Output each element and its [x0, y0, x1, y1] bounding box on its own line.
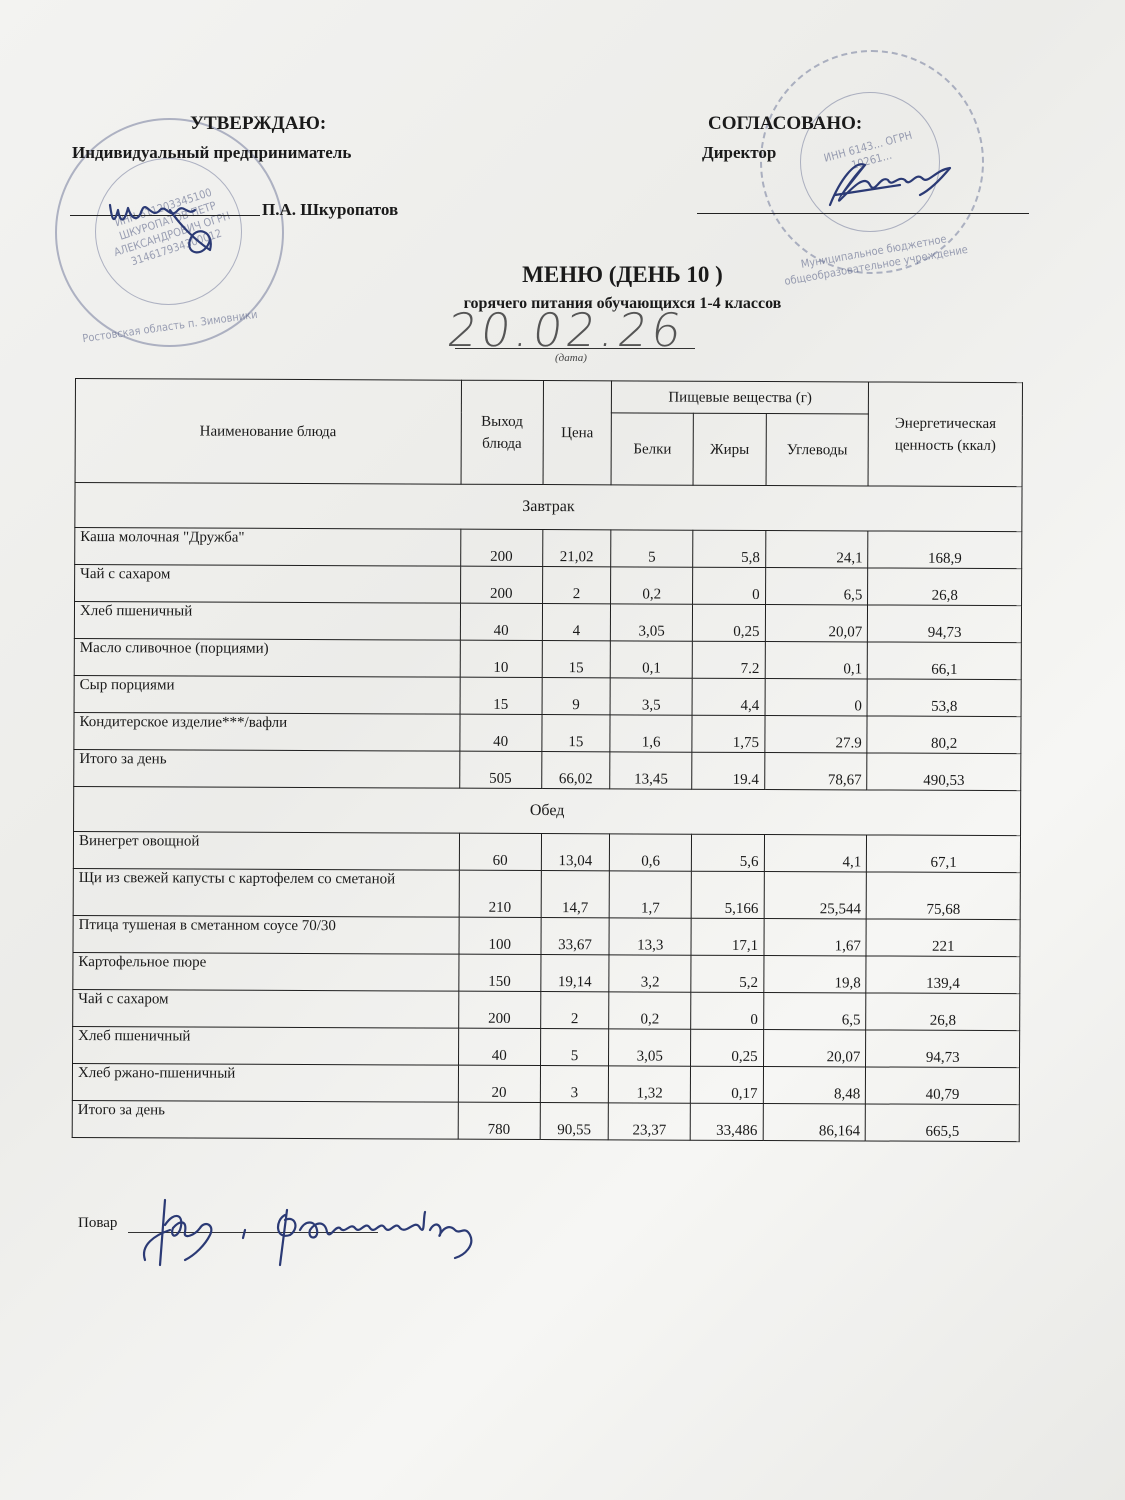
- cell-yield: 40: [459, 714, 542, 751]
- date-caption: (дата): [555, 352, 587, 364]
- table-row: Хлеб пшеничный4043,050,2520,0794,73: [74, 602, 1021, 643]
- cell-protein: 0,1: [610, 641, 693, 678]
- cell-carbs: 4,1: [764, 835, 867, 872]
- cell-energy: 94,73: [868, 605, 1022, 643]
- table-row: Масло сливочное (порциями)10150,17.20,16…: [74, 638, 1021, 679]
- cell-yield: 40: [460, 603, 543, 640]
- cell-yield: 200: [460, 566, 543, 603]
- cell-energy: 80,2: [867, 716, 1021, 754]
- table-row: Птица тушеная в сметанном соусе 70/30100…: [73, 915, 1020, 956]
- cell-carbs: 6,5: [763, 993, 866, 1030]
- dish-name: Щи из свежей капусты с картофелем со сме…: [73, 868, 459, 917]
- cell-carbs: 20,07: [763, 1030, 866, 1067]
- cook-label: Повар: [78, 1215, 117, 1232]
- agree-signature-line: [697, 213, 1029, 214]
- cell-fat: 33,486: [691, 1103, 763, 1140]
- cell-fat: 5,6: [692, 834, 764, 871]
- section-title: Завтрак: [75, 483, 1022, 532]
- cell-fat: 0: [691, 992, 763, 1029]
- cell-fat: 0: [693, 567, 765, 604]
- cell-price: 4: [542, 604, 610, 641]
- cell-energy: 26,8: [868, 568, 1022, 606]
- cell-yield: 60: [459, 833, 542, 870]
- cell-energy: 67,1: [867, 835, 1021, 873]
- cell-price: 15: [542, 641, 610, 678]
- cell-protein: 23,37: [608, 1103, 691, 1140]
- cell-carbs: 78,67: [764, 753, 867, 790]
- cell-yield: 10: [460, 640, 543, 677]
- cell-protein: 3,5: [610, 678, 693, 715]
- cell-fat: 17,1: [691, 918, 763, 955]
- cell-fat: 5,8: [693, 530, 765, 567]
- cell-fat: 19.4: [692, 752, 764, 789]
- approve-name: П.А. Шкуропатов: [262, 200, 398, 220]
- dish-name: Кондитерское изделие***/вафли: [74, 712, 460, 751]
- cell-carbs: 0,1: [765, 642, 868, 679]
- cell-price: 2: [542, 567, 610, 604]
- cell-yield: 150: [458, 954, 541, 991]
- table-row: Чай с сахаром20020,206,526,8: [73, 989, 1020, 1030]
- agree-signature-icon: [810, 150, 960, 220]
- dish-name: Хлеб ржано-пшеничный: [72, 1063, 458, 1102]
- cell-energy: 665,5: [866, 1104, 1020, 1142]
- cell-yield: 40: [458, 1028, 541, 1065]
- cell-yield: 20: [458, 1065, 541, 1102]
- cell-fat: 0,25: [693, 604, 765, 641]
- cell-price: 19,14: [541, 955, 609, 992]
- cell-protein: 0,2: [609, 992, 692, 1029]
- dish-name: Сыр порциями: [74, 675, 460, 714]
- dish-name: Итого за день: [74, 749, 460, 788]
- cell-protein: 3,2: [609, 955, 692, 992]
- cell-fat: 5,166: [692, 871, 764, 918]
- approve-signature-icon: [100, 180, 220, 260]
- dish-name: Чай с сахаром: [73, 989, 459, 1028]
- cell-price: 9: [542, 678, 610, 715]
- cell-price: 3: [540, 1066, 608, 1103]
- approve-role: Индивидуальный предприниматель: [72, 143, 351, 163]
- cell-carbs: 27.9: [765, 716, 868, 753]
- cell-energy: 66,1: [868, 642, 1022, 680]
- cell-carbs: 19,8: [763, 956, 866, 993]
- cell-protein: 3,05: [610, 604, 693, 641]
- header-price: Цена: [543, 381, 612, 485]
- table-row: Кондитерское изделие***/вафли40151,61,75…: [74, 712, 1021, 753]
- cell-yield: 210: [459, 870, 542, 917]
- cell-carbs: 1,67: [764, 919, 867, 956]
- total-row: Итого за день50566,0213,4519.478,67490,5…: [74, 749, 1021, 790]
- cell-carbs: 20,07: [765, 605, 868, 642]
- dish-name: Итого за день: [72, 1100, 458, 1139]
- cell-energy: 490,53: [867, 753, 1021, 791]
- header-fat: Жиры: [693, 413, 766, 485]
- header-carbs: Углеводы: [766, 414, 869, 486]
- dish-name: Хлеб пшеничный: [73, 1026, 459, 1065]
- cell-price: 21,02: [543, 530, 611, 567]
- cell-protein: 0,2: [611, 567, 694, 604]
- cell-fat: 0,17: [691, 1066, 763, 1103]
- cell-price: 66,02: [542, 752, 610, 789]
- table-row: Винегрет овощной6013,040,65,64,167,1: [73, 831, 1020, 872]
- cell-carbs: 0: [765, 679, 868, 716]
- cell-yield: 200: [458, 991, 541, 1028]
- dish-name: Чай с сахаром: [75, 565, 461, 604]
- cell-energy: 75,68: [867, 872, 1021, 920]
- cell-protein: 1,7: [609, 871, 692, 918]
- cell-price: 90,55: [540, 1103, 608, 1140]
- cell-energy: 168,9: [868, 531, 1022, 569]
- header-protein: Белки: [611, 413, 694, 485]
- table-row: Хлеб пшеничный4053,050,2520,0794,73: [73, 1026, 1020, 1067]
- cell-carbs: 25,544: [764, 872, 867, 919]
- menu-title: МЕНЮ (ДЕНЬ 10 ): [0, 262, 1125, 288]
- dish-name: Каша молочная "Дружба": [75, 528, 461, 567]
- dish-name: Винегрет овощной: [73, 831, 459, 870]
- cell-protein: 3,05: [609, 1029, 692, 1066]
- cell-fat: 0,25: [691, 1029, 763, 1066]
- cook-signature-icon: [125, 1190, 535, 1270]
- section-row: Завтрак: [75, 483, 1022, 532]
- cell-fat: 1,75: [692, 715, 764, 752]
- table-row: Сыр порциями1593,54,4053,8: [74, 675, 1021, 716]
- menu-body: ЗавтракКаша молочная "Дружба"20021,0255,…: [72, 483, 1022, 1142]
- cell-fat: 4,4: [692, 678, 764, 715]
- dish-name: Птица тушеная в сметанном соусе 70/30: [73, 915, 459, 954]
- cell-protein: 1,32: [608, 1066, 691, 1103]
- cell-carbs: 6,5: [765, 568, 868, 605]
- date-line: [455, 348, 695, 349]
- cell-energy: 26,8: [866, 993, 1020, 1031]
- cell-carbs: 86,164: [763, 1104, 866, 1141]
- cell-energy: 40,79: [866, 1067, 1020, 1105]
- cell-yield: 100: [458, 917, 541, 954]
- cell-yield: 505: [459, 751, 542, 788]
- total-row: Итого за день78090,5523,3733,48686,16466…: [72, 1100, 1019, 1141]
- cell-energy: 221: [866, 919, 1020, 957]
- cell-yield: 200: [460, 529, 543, 566]
- approve-title: УТВЕРЖДАЮ:: [190, 113, 326, 135]
- cell-price: 33,67: [541, 918, 609, 955]
- dish-name: Картофельное пюре: [73, 952, 459, 991]
- table-row: Хлеб ржано-пшеничный2031,320,178,4840,79: [72, 1063, 1019, 1104]
- header-nutrients: Пищевые вещества (г): [611, 381, 868, 414]
- cell-protein: 5: [611, 530, 694, 567]
- cell-protein: 0,6: [609, 834, 692, 871]
- dish-name: Хлеб пшеничный: [74, 602, 460, 641]
- section-row: Обед: [74, 786, 1021, 835]
- cell-price: 14,7: [541, 871, 609, 918]
- cell-yield: 780: [458, 1102, 541, 1139]
- menu-table: Наименование блюда Выход блюда Цена Пище…: [72, 378, 1023, 1142]
- cell-energy: 139,4: [866, 956, 1020, 994]
- agree-title: СОГЛАСОВАНО:: [708, 113, 862, 135]
- cell-price: 13,04: [541, 834, 609, 871]
- table-row: Чай с сахаром20020,206,526,8: [75, 565, 1022, 606]
- header-yield: Выход блюда: [461, 380, 544, 484]
- cell-price: 5: [540, 1029, 608, 1066]
- cell-yield: 15: [460, 677, 543, 714]
- table-row: Щи из свежей капусты с картофелем со сме…: [73, 868, 1020, 919]
- header-name: Наименование блюда: [75, 379, 461, 485]
- table-row: Каша молочная "Дружба"20021,0255,824,116…: [75, 528, 1022, 569]
- cell-fat: 7.2: [693, 641, 765, 678]
- cell-carbs: 8,48: [763, 1067, 866, 1104]
- cell-price: 2: [541, 992, 609, 1029]
- header-energy: Энергетическая ценность (ккал): [868, 382, 1022, 487]
- cell-energy: 94,73: [866, 1030, 1020, 1068]
- cell-price: 15: [542, 715, 610, 752]
- cell-protein: 13,45: [610, 752, 693, 789]
- dish-name: Масло сливочное (порциями): [74, 638, 460, 677]
- cell-energy: 53,8: [867, 679, 1021, 717]
- table-row: Картофельное пюре15019,143,25,219,8139,4: [73, 952, 1020, 993]
- cell-carbs: 24,1: [765, 531, 868, 568]
- cell-protein: 13,3: [609, 918, 692, 955]
- section-title: Обед: [74, 786, 1021, 835]
- cell-protein: 1,6: [610, 715, 693, 752]
- cell-fat: 5,2: [691, 955, 763, 992]
- agree-role: Директор: [702, 143, 776, 163]
